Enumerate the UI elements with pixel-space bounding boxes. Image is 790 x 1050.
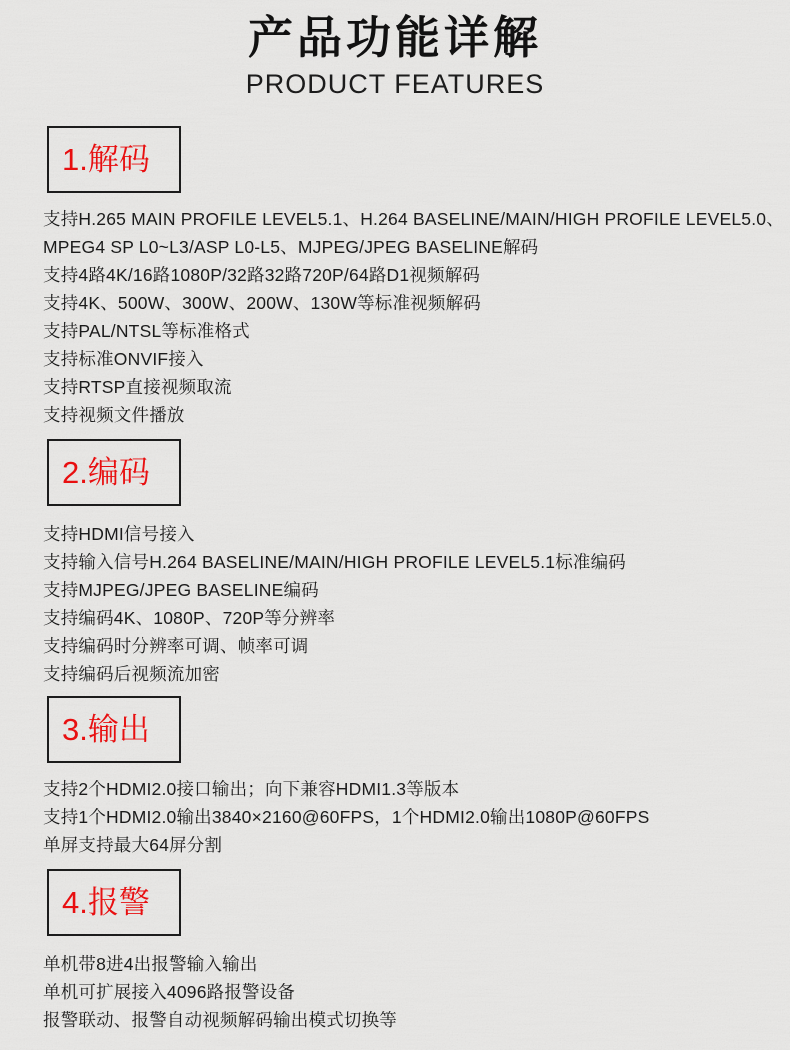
feature-line: 报警联动、报警自动视频解码输出模式切换等 bbox=[43, 1006, 790, 1034]
feature-line: 支持4K、500W、300W、200W、130W等标准视频解码 bbox=[43, 289, 790, 317]
page-header: 产品功能详解 PRODUCT FEATURES bbox=[0, 0, 790, 100]
feature-line: 支持输入信号H.264 BASELINE/MAIN/HIGH PROFILE L… bbox=[43, 548, 790, 576]
section-heading-box-output: 3.输出 bbox=[47, 696, 181, 763]
feature-line: 支持标准ONVIF接入 bbox=[43, 345, 790, 373]
feature-line: 支持RTSP直接视频取流 bbox=[43, 373, 790, 401]
feature-line: 支持1个HDMI2.0输出3840×2160@60FPS，1个HDMI2.0输出… bbox=[43, 803, 790, 831]
feature-list-decoding: 支持H.265 MAIN PROFILE LEVEL5.1、H.264 BASE… bbox=[43, 205, 790, 429]
section-heading-output: 3.输出 bbox=[62, 714, 150, 745]
feature-line: 支持编码4K、1080P、720P等分辨率 bbox=[43, 604, 790, 632]
feature-line: 单机带8进4出报警输入输出 bbox=[43, 950, 790, 978]
feature-line: 支持编码时分辨率可调、帧率可调 bbox=[43, 632, 790, 660]
feature-line: 支持4路4K/16路1080P/32路32路720P/64路D1视频解码 bbox=[43, 261, 790, 289]
section-heading-decoding: 1.解码 bbox=[62, 144, 150, 175]
section-alarm: 4.报警 单机带8进4出报警输入输出 单机可扩展接入4096路报警设备 报警联动… bbox=[0, 869, 790, 1034]
section-heading-box-alarm: 4.报警 bbox=[47, 869, 181, 936]
section-heading-box-encoding: 2.编码 bbox=[47, 439, 181, 506]
feature-line: 支持视频文件播放 bbox=[43, 401, 790, 429]
section-heading-box-decoding: 1.解码 bbox=[47, 126, 181, 193]
feature-line: 支持PAL/NTSL等标准格式 bbox=[43, 317, 790, 345]
section-heading-alarm: 4.报警 bbox=[62, 887, 150, 918]
feature-line: 单机可扩展接入4096路报警设备 bbox=[43, 978, 790, 1006]
feature-line: 支持编码后视频流加密 bbox=[43, 660, 790, 688]
section-encoding: 2.编码 支持HDMI信号接入 支持输入信号H.264 BASELINE/MAI… bbox=[0, 439, 790, 688]
section-decoding: 1.解码 支持H.265 MAIN PROFILE LEVEL5.1、H.264… bbox=[0, 126, 790, 429]
feature-line: 支持2个HDMI2.0接口输出；向下兼容HDMI1.3等版本 bbox=[43, 775, 790, 803]
section-heading-encoding: 2.编码 bbox=[62, 457, 150, 488]
feature-line: 支持HDMI信号接入 bbox=[43, 520, 790, 548]
page-title: 产品功能详解 bbox=[0, 12, 790, 64]
feature-line: 支持MJPEG/JPEG BASELINE编码 bbox=[43, 576, 790, 604]
section-output: 3.输出 支持2个HDMI2.0接口输出；向下兼容HDMI1.3等版本 支持1个… bbox=[0, 696, 790, 859]
feature-list-alarm: 单机带8进4出报警输入输出 单机可扩展接入4096路报警设备 报警联动、报警自动… bbox=[43, 950, 790, 1034]
feature-line: 单屏支持最大64屏分割 bbox=[43, 831, 790, 859]
feature-line: MPEG4 SP L0~L3/ASP L0-L5、MJPEG/JPEG BASE… bbox=[43, 233, 790, 261]
feature-line: 支持H.265 MAIN PROFILE LEVEL5.1、H.264 BASE… bbox=[43, 205, 790, 233]
feature-list-encoding: 支持HDMI信号接入 支持输入信号H.264 BASELINE/MAIN/HIG… bbox=[43, 520, 790, 688]
page-subtitle: PRODUCT FEATURES bbox=[0, 69, 790, 100]
feature-list-output: 支持2个HDMI2.0接口输出；向下兼容HDMI1.3等版本 支持1个HDMI2… bbox=[43, 775, 790, 859]
product-features-page: 产品功能详解 PRODUCT FEATURES 1.解码 支持H.265 MAI… bbox=[0, 0, 790, 1034]
